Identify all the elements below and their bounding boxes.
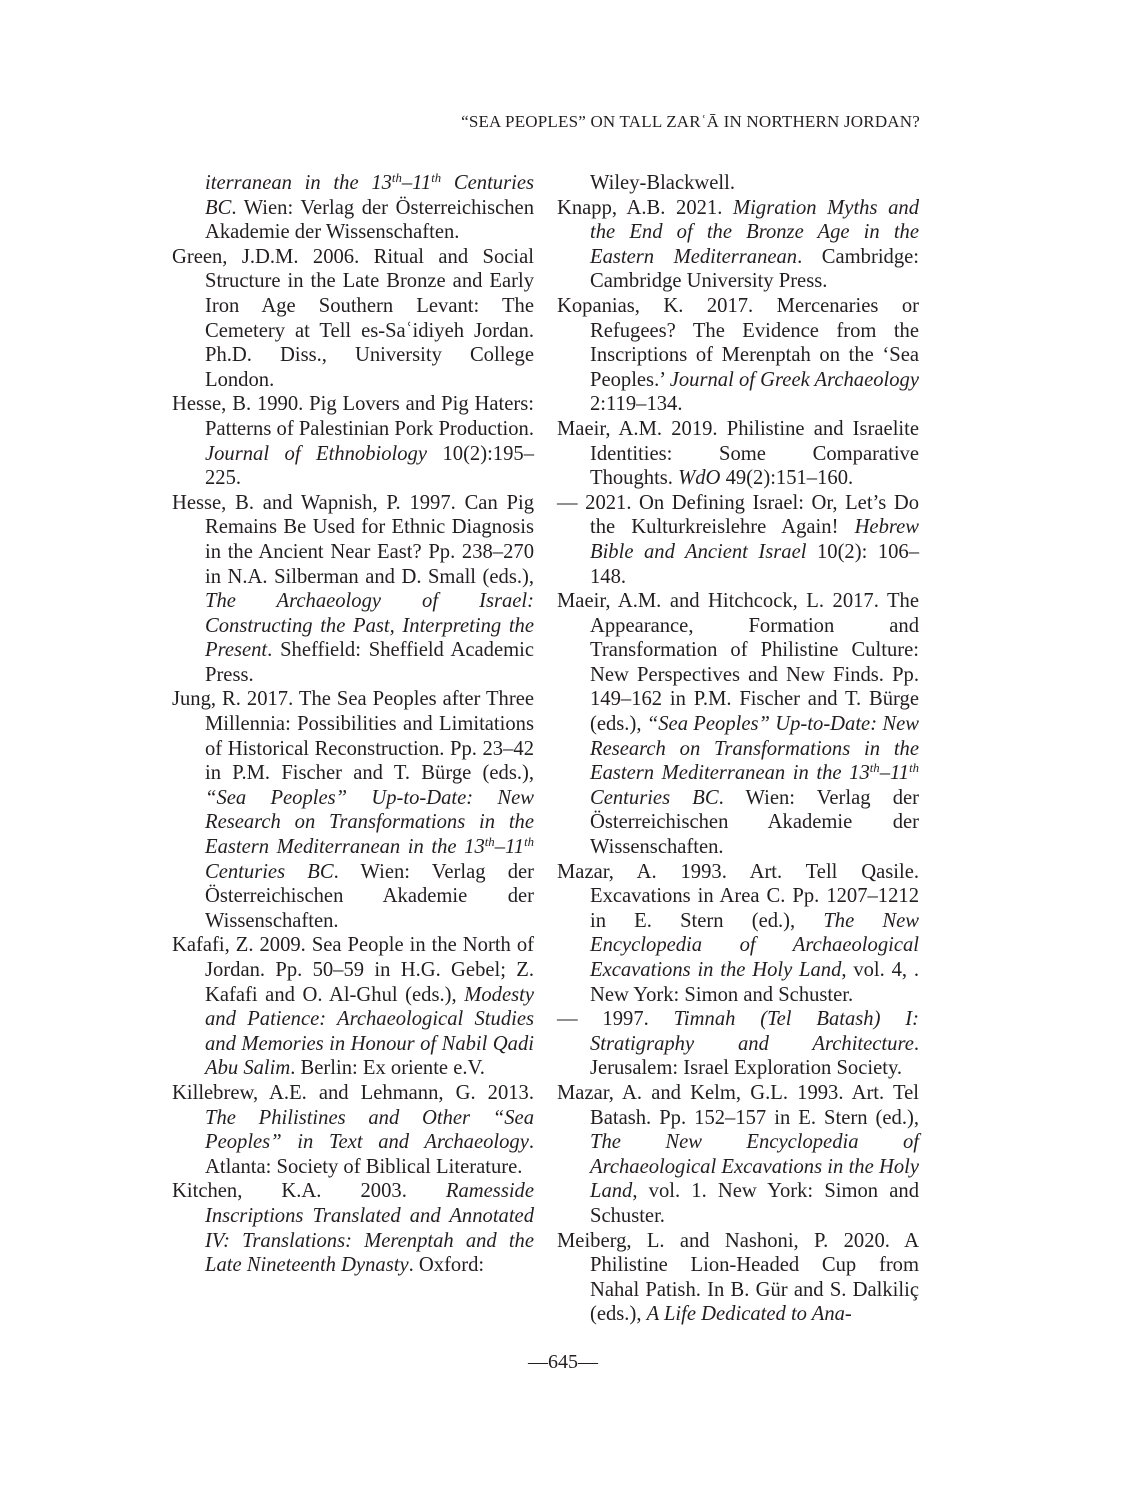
page-number: —645— bbox=[0, 1351, 1126, 1374]
reference-entry: Kafafi, Z. 2009. Sea People in the North… bbox=[172, 933, 534, 1081]
reference-entry: Hesse, B. 1990. Pig Lovers and Pig Hater… bbox=[172, 392, 534, 490]
reference-entry: Meiberg, L. and Nashoni, P. 2020. A Phil… bbox=[557, 1229, 919, 1327]
reference-entry: Jung, R. 2017. The Sea Peoples after Thr… bbox=[172, 687, 534, 933]
references-column-left: iterranean in the 13th–11th Centuries BC… bbox=[172, 171, 534, 1278]
running-head: “SEA PEOPLES” ON TALL ZARʿĀ IN NORTHERN … bbox=[461, 112, 920, 132]
reference-entry: Killebrew, A.E. and Lehmann, G. 2013. Th… bbox=[172, 1081, 534, 1179]
reference-entry: Mazar, A. 1993. Art. Tell Qasile. Excava… bbox=[557, 860, 919, 1008]
reference-entry-continued: iterranean in the 13th–11th Centuries BC… bbox=[172, 171, 534, 245]
reference-entry: — 1997. Timnah (Tel Batash) I: Stratigra… bbox=[557, 1007, 919, 1081]
reference-entry: Maeir, A.M. and Hitchcock, L. 2017. The … bbox=[557, 589, 919, 860]
reference-entry: — 2021. On Defining Israel: Or, Let’s Do… bbox=[557, 491, 919, 589]
reference-entry: Kitchen, K.A. 2003. Ramesside Inscriptio… bbox=[172, 1179, 534, 1277]
reference-entry: Maeir, A.M. 2019. Philistine and Israeli… bbox=[557, 417, 919, 491]
reference-entry: Kopanias, K. 2017. Mercenaries or Refuge… bbox=[557, 294, 919, 417]
references-column-right: Wiley-Blackwell.Knapp, A.B. 2021. Migrat… bbox=[557, 171, 919, 1327]
reference-entry: Knapp, A.B. 2021. Migration Myths and th… bbox=[557, 196, 919, 294]
reference-entry: Green, J.D.M. 2006. Ritual and Social St… bbox=[172, 245, 534, 393]
reference-entry-continued: Wiley-Blackwell. bbox=[557, 171, 919, 196]
reference-entry: Hesse, B. and Wapnish, P. 1997. Can Pig … bbox=[172, 491, 534, 688]
reference-entry: Mazar, A. and Kelm, G.L. 1993. Art. Tel … bbox=[557, 1081, 919, 1229]
